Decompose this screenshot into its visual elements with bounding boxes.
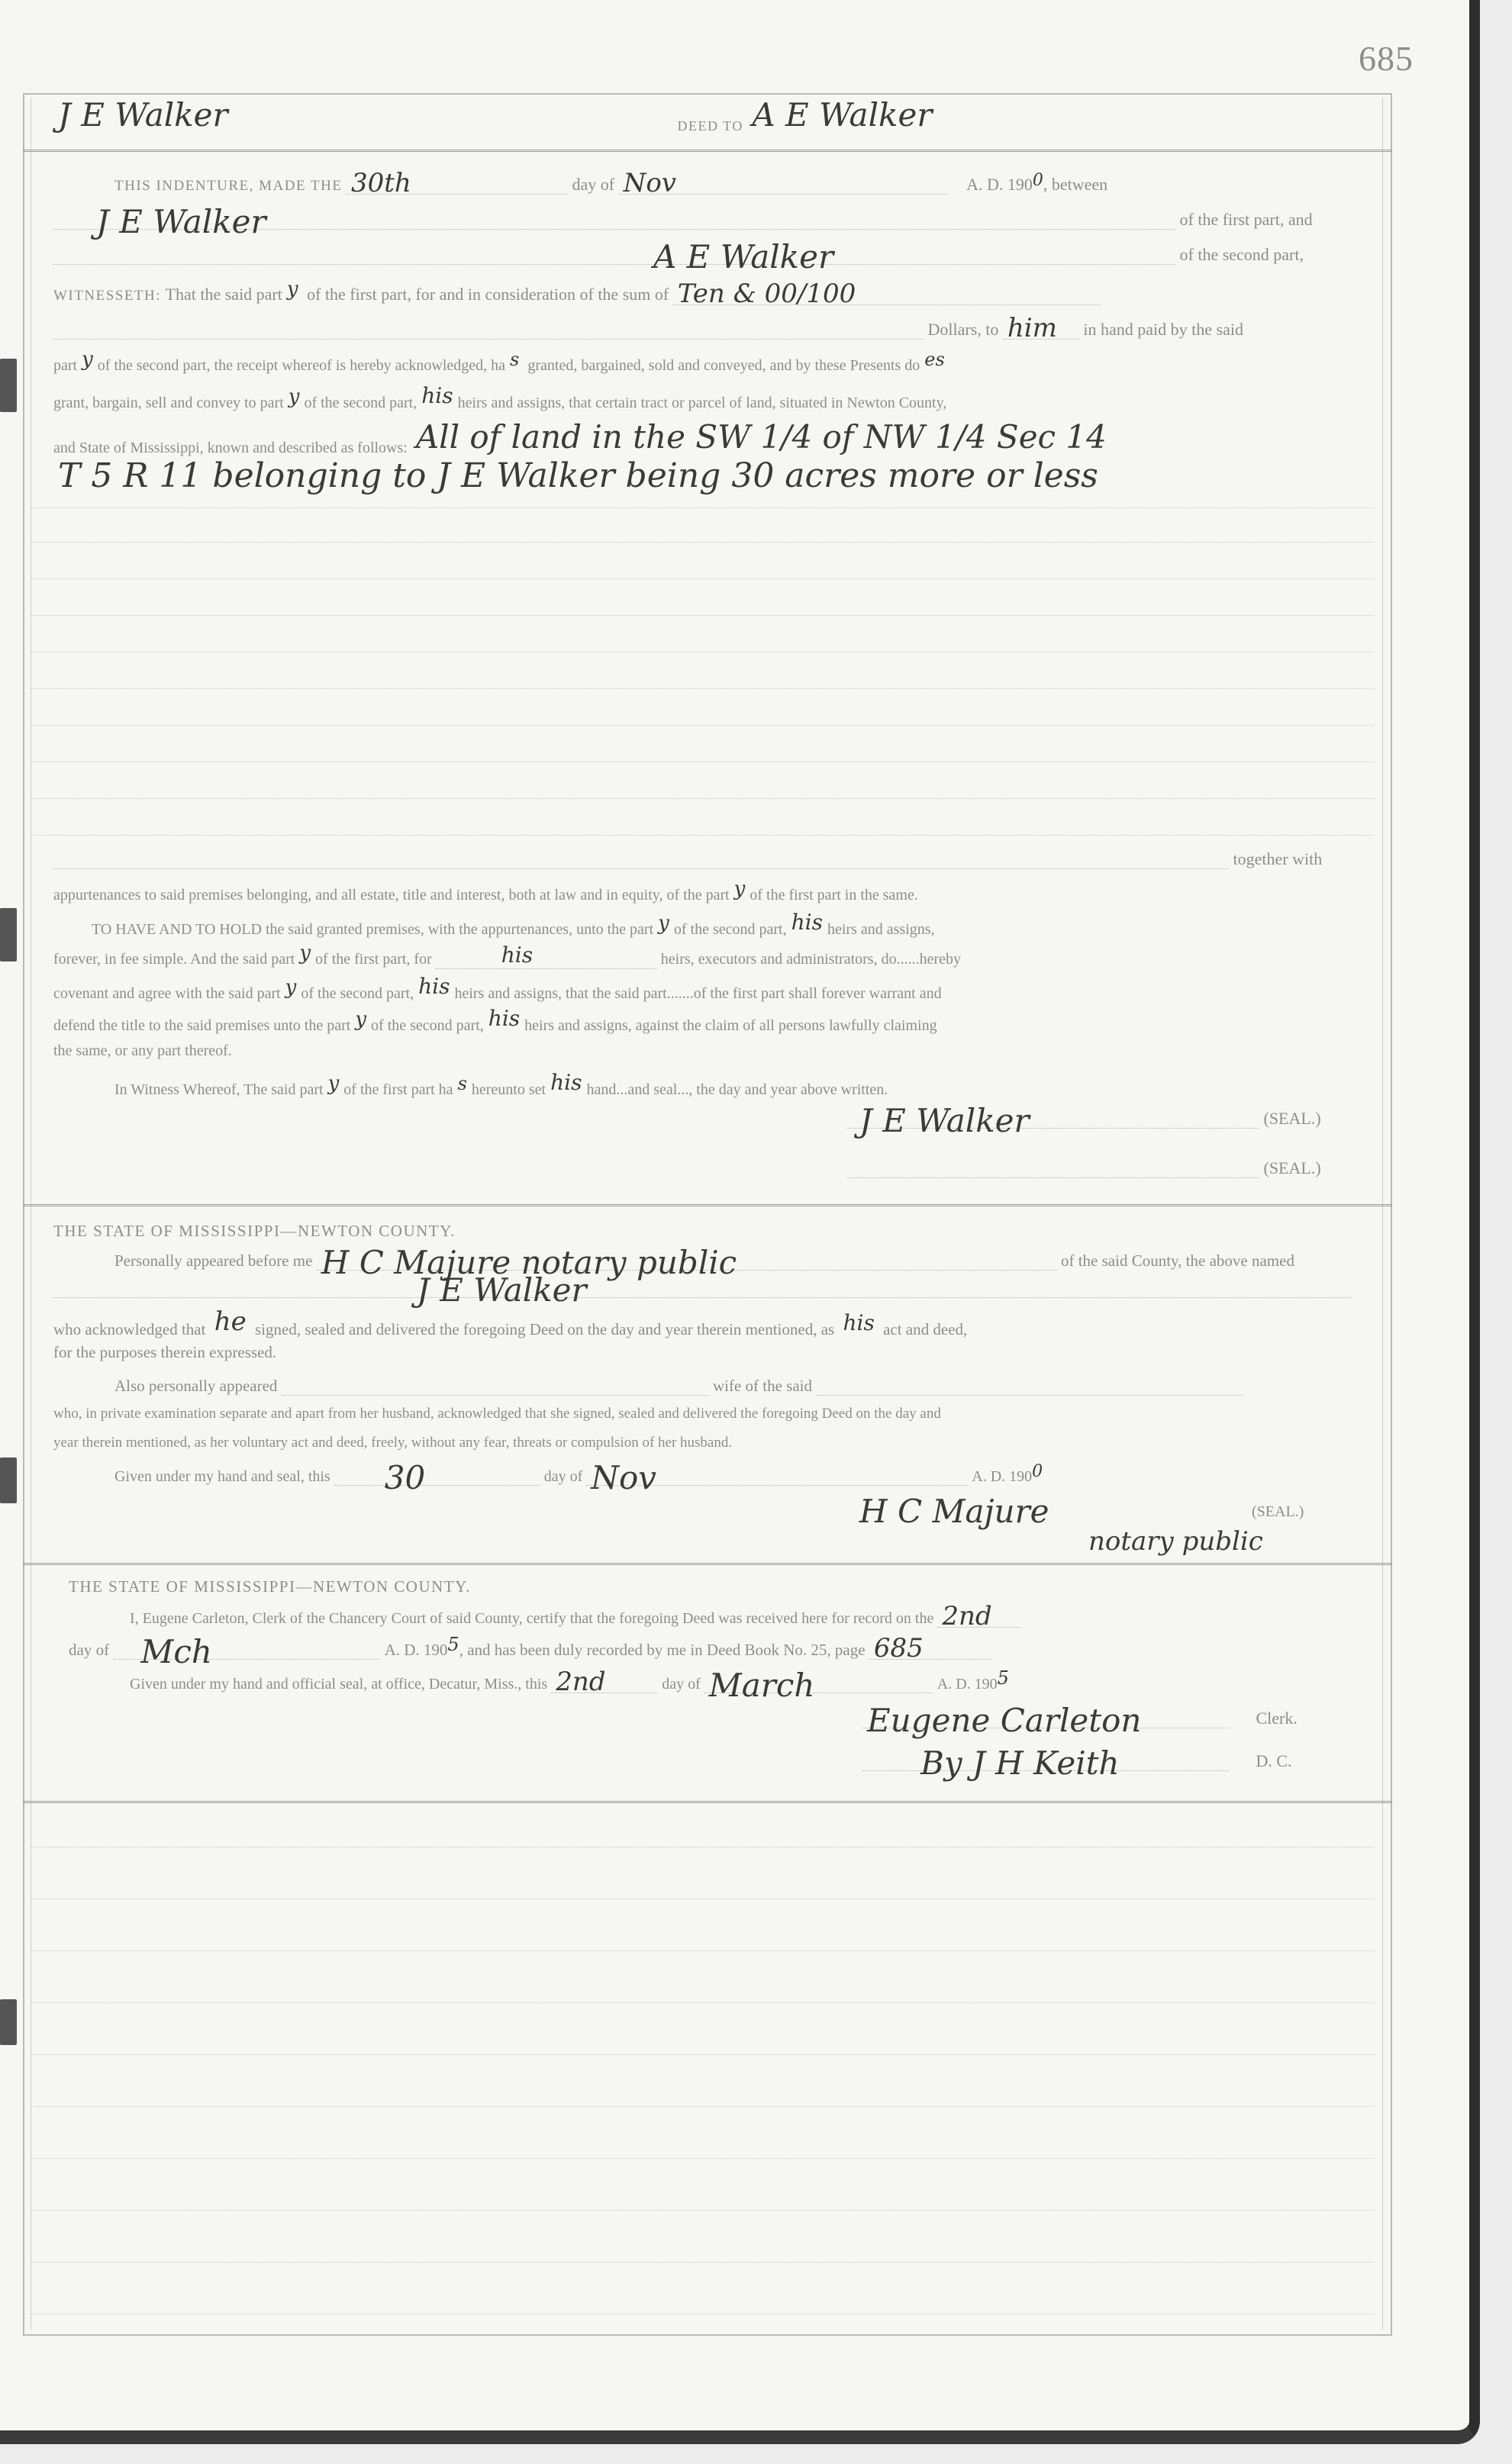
his: his [787, 910, 827, 935]
section-heading: THE STATE OF MISSISSIPPI—NEWTON COUNTY. [69, 1577, 471, 1596]
seal-label: (SEAL.) [1264, 1158, 1321, 1178]
witnesseth-line-2: Dollars, to him in hand paid by the said [53, 317, 1351, 340]
grantor-signature: J E Walker [855, 1102, 1034, 1139]
ruled-line [31, 578, 1374, 579]
first-party-line: J E Walker of the first part, and [53, 208, 1351, 230]
ruled-line [31, 2054, 1374, 2055]
certificate-line-3: Given under my hand and official seal, a… [130, 1671, 1427, 1693]
seal-label: (SEAL.) [1252, 1503, 1304, 1521]
ruled-line [31, 1950, 1374, 1951]
given-month-field: March [704, 1671, 933, 1693]
day-of-label: day of [572, 175, 614, 195]
page-number: 685 [1359, 38, 1414, 79]
text: of the said County, the above named [1061, 1251, 1294, 1271]
paid-to: him [1003, 313, 1062, 343]
text: grant, bargain, sell and convey to part [53, 395, 284, 412]
given-day-field: 2nd [551, 1671, 658, 1693]
habendum-line-5: defend the title to the said premises un… [53, 1010, 1351, 1036]
ruled-line [31, 542, 1374, 543]
blank-field [53, 847, 1229, 869]
ruled-line [31, 1847, 1374, 1847]
text: wife of the said [713, 1377, 812, 1396]
text: of the first part, for and in considerat… [307, 285, 669, 304]
part-suffix: y [284, 385, 305, 408]
wife-line-1: who, in private examination separate and… [53, 1406, 1351, 1422]
text: heirs and assigns, against the claim of … [524, 1017, 937, 1035]
dollars-label: Dollars, to [928, 320, 999, 340]
habendum-line-4: covenant and agree with the said partyof… [53, 978, 1351, 1003]
text: year therein mentioned, as her voluntary… [53, 1435, 732, 1451]
ruled-line [31, 2262, 1374, 2263]
ruled-line [31, 2002, 1374, 2003]
between-label: , between [1043, 175, 1107, 195]
part-suffix: y [350, 1008, 371, 1031]
witnesseth-line-1: WITNESSETH: That the said party of the f… [53, 282, 1351, 305]
received-month: Mch [136, 1633, 217, 1670]
cert-given-month: March [704, 1667, 820, 1704]
paid-to-field: him [1003, 317, 1079, 340]
text: I, Eugene Carleton, Clerk of the Chancer… [130, 1610, 933, 1628]
clerk-label: Clerk. [1256, 1709, 1298, 1728]
clerk-signature-field: Eugene Carleton [862, 1706, 1229, 1728]
his: his [546, 1070, 586, 1095]
text: heirs and assigns, that the said part...… [454, 985, 941, 1003]
husband-name-field [816, 1374, 1243, 1396]
part-suffix: y [281, 976, 301, 999]
ruled-line [31, 652, 1374, 652]
ledger-page: 685 J E Walker DEED TO A E Walker THIS I… [0, 0, 1480, 2444]
habendum-line-2: TO HAVE AND TO HOLD the said granted pre… [53, 914, 1389, 939]
text: TO HAVE AND TO HOLD the said granted pre… [92, 921, 653, 939]
part-suffix: y [77, 348, 98, 371]
does-suffix: es [920, 349, 949, 370]
received-month-field: Mch [113, 1638, 380, 1660]
second-party-line: A E Walker of the second part, [53, 243, 1351, 265]
header-grantee: A E Walker [747, 96, 937, 134]
grantor-named-line: J E Walker [53, 1276, 1351, 1298]
text: day of [544, 1468, 583, 1486]
second-signature-line: (SEAL.) [847, 1156, 1351, 1178]
land-description-2: T 5 R 11 belonging to J E Walker being 3… [53, 456, 1103, 495]
officer-field: H C Majure notary public [317, 1248, 1057, 1271]
year-digit: 0 [1032, 1462, 1043, 1481]
grantor-named-field: J E Walker [53, 1276, 1351, 1298]
witnesseth-line-3: partyof the second part, the receipt whe… [53, 353, 1351, 375]
grantor-signature-line: J E Walker (SEAL.) [847, 1106, 1351, 1129]
ruled-line [31, 2158, 1374, 2159]
blank-field [53, 317, 924, 340]
witnesseth-label: WITNESSETH: [53, 288, 161, 304]
deputy-signature-line: By J H Keith D. C. [862, 1749, 1351, 1771]
given-month: Nov [586, 1459, 661, 1496]
certificate-line-2: day of Mch A. D. 1905, and has been duly… [69, 1638, 1366, 1660]
divider [23, 1204, 1392, 1206]
his: his [417, 383, 457, 408]
text: forever, in fee simple. And the said par… [53, 951, 295, 968]
ruled-line [31, 688, 1374, 689]
ad-label: A. D. 190 [385, 1641, 448, 1660]
his: his [497, 942, 537, 968]
ad-label: A. D. 190 [937, 1676, 998, 1693]
index-tab [0, 1457, 17, 1503]
witnesseth-line-5: and State of Mississippi, known and desc… [53, 423, 1351, 460]
in-witness-line: In Witness Whereof, The said partyof the… [53, 1074, 1412, 1100]
text: and State of Mississippi, known and desc… [53, 440, 408, 457]
text: signed, sealed and delivered the foregoi… [255, 1320, 834, 1339]
notary-signature: H C Majure [855, 1493, 1054, 1530]
text: appurtenances to said premises belonging… [53, 887, 730, 904]
ruled-line [31, 1899, 1374, 1899]
year-digit: 5 [447, 1634, 459, 1655]
indenture-year-digit: 0 [1033, 171, 1043, 190]
deputy-signature-field: By J H Keith [862, 1749, 1229, 1771]
deputy-label: D. C. [1256, 1751, 1292, 1771]
seal-label: (SEAL.) [1264, 1109, 1321, 1129]
witnesseth-line-4: grant, bargain, sell and convey to party… [53, 388, 1351, 413]
text: act and deed, [883, 1320, 967, 1339]
text: day of [662, 1676, 701, 1693]
text: , and has been duly recorded by me in De… [459, 1641, 866, 1660]
part-suffix: y [653, 912, 674, 935]
his: his [484, 1006, 524, 1031]
given-month-field: Nov [586, 1464, 968, 1486]
ruled-line [31, 507, 1374, 508]
signature-field [847, 1156, 1259, 1178]
purposes-line: for the purposes therein expressed. [53, 1343, 1351, 1362]
has-suffix: s [453, 1073, 472, 1094]
first-party-field: J E Walker [53, 208, 1175, 230]
text: who acknowledged that [53, 1320, 205, 1339]
part-suffix: y [282, 278, 303, 301]
text: in hand paid by the said [1083, 320, 1243, 340]
ruled-line [31, 835, 1374, 836]
ruled-line [31, 2210, 1374, 2211]
second-party-field: A E Walker [53, 243, 1175, 265]
certificate-heading: THE STATE OF MISSISSIPPI—NEWTON COUNTY. [69, 1577, 1366, 1596]
text: In Witness Whereof, The said part [114, 1081, 324, 1099]
wife-name-field [282, 1374, 709, 1396]
first-party-name: J E Walker [92, 203, 271, 240]
habendum-line-1: appurtenances to said premises belonging… [53, 882, 1351, 905]
first-party-suffix: of the first part, and [1180, 210, 1313, 230]
text: Given under my hand and official seal, a… [130, 1676, 547, 1693]
indenture-label: THIS INDENTURE, Made the [114, 178, 342, 195]
recorded-page-field: 685 [869, 1638, 991, 1660]
text: Also personally appeared [114, 1377, 277, 1396]
text: the same, or any part thereof. [53, 1042, 232, 1060]
index-tab [0, 1999, 17, 2045]
indenture-month-field: Nov [619, 172, 947, 195]
wife-line-2: year therein mentioned, as her voluntary… [53, 1435, 1351, 1451]
ruled-line [31, 2314, 1374, 2314]
sum-field: Ten & 00/100 [673, 283, 1101, 305]
land-description-1: All of land in the SW 1/4 of NW 1/4 Sec … [411, 418, 1111, 456]
deed-to-label: DEED TO [678, 118, 743, 134]
notary-signature-line: H C Majure (SEAL.) notary public [855, 1497, 1359, 1535]
given-line: Given under my hand and seal, this 30 da… [53, 1464, 1412, 1486]
text: Personally appeared before me [114, 1251, 312, 1271]
text: day of [69, 1641, 109, 1660]
second-party-name: A E Walker [649, 238, 838, 275]
text: of the first part in the same. [750, 887, 918, 904]
acknowledged-grantor: J E Walker [412, 1271, 592, 1309]
text: hand...and seal..., the day and year abo… [586, 1081, 888, 1099]
part-suffix: y [730, 878, 750, 900]
acknowledged-line: who acknowledged that he signed, sealed … [53, 1311, 1351, 1342]
text: of the second part, [371, 1017, 484, 1035]
sum-amount: Ten & 00/100 [673, 279, 861, 309]
description-line-2: T 5 R 11 belonging to J E Walker being 3… [53, 461, 1351, 500]
part-suffix: y [295, 942, 315, 965]
year-digit: 5 [998, 1667, 1009, 1689]
given-day-field: 30 [334, 1464, 540, 1486]
deputy-signature: By J H Keith [916, 1744, 1124, 1782]
ruled-line [31, 725, 1374, 726]
text: together with [1233, 849, 1323, 869]
second-party-suffix: of the second part, [1180, 245, 1304, 265]
text: of the second part, the receipt whereof … [98, 357, 505, 375]
ad-label: A. D. 190 [972, 1468, 1032, 1486]
header-grantor: J E Walker [53, 96, 551, 134]
certificate-line-1: I, Eugene Carleton, Clerk of the Chancer… [130, 1606, 1351, 1628]
deed-header: J E Walker DEED TO A E Walker [53, 101, 1351, 138]
divider [23, 150, 1392, 152]
received-day: 2nd [937, 1601, 996, 1631]
his: his [414, 974, 454, 999]
text: heirs and assigns, that certain tract or… [458, 395, 947, 412]
indenture-line: THIS INDENTURE, Made the 30th day of Nov… [53, 172, 1412, 195]
indenture-day: 30th [347, 168, 416, 198]
text: who, in private examination separate and… [53, 1406, 941, 1422]
ad-label: A. D. 190 [966, 175, 1033, 195]
indenture-month: Nov [619, 168, 681, 198]
notary-title: notary public [1084, 1526, 1268, 1557]
clerk-signature: Eugene Carleton [862, 1702, 1146, 1739]
text: of the first part ha [343, 1081, 453, 1099]
text: That the said part [166, 285, 282, 304]
text: of the first part, for [315, 951, 432, 968]
text: heirs and assigns, [827, 921, 935, 939]
section-heading: THE STATE OF MISSISSIPPI—NEWTON COUNTY. [53, 1222, 456, 1241]
text: covenant and agree with the said part [53, 985, 281, 1003]
divider [23, 1801, 1392, 1803]
text: of the second part, [304, 395, 417, 412]
index-tab [0, 908, 17, 961]
his-field: his [436, 947, 657, 969]
ruled-line [31, 615, 1374, 616]
also-appeared-line: Also personally appeared wife of the sai… [53, 1374, 1412, 1396]
ruled-line [31, 2106, 1374, 2107]
his: his [838, 1310, 879, 1335]
clerk-signature-line: Eugene Carleton Clerk. [862, 1706, 1351, 1728]
index-tab [0, 359, 17, 412]
appeared-line: Personally appeared before me H C Majure… [53, 1248, 1412, 1271]
habendum-line-6: the same, or any part thereof. [53, 1042, 1351, 1060]
text: of the second part, [674, 921, 787, 939]
given-day: 30 [380, 1459, 430, 1496]
text: part [53, 357, 77, 375]
signature-field: J E Walker [847, 1106, 1259, 1129]
received-day-field: 2nd [937, 1606, 1021, 1628]
text: Given under my hand and seal, this [114, 1468, 330, 1486]
has-suffix: s [505, 349, 524, 370]
text: granted, bargained, sold and conveyed, a… [527, 357, 920, 375]
acknowledgment-heading: THE STATE OF MISSISSIPPI—NEWTON COUNTY. [53, 1221, 1351, 1241]
text: of the second part, [301, 985, 414, 1003]
recorded-page: 685 [869, 1633, 928, 1664]
ruled-line [31, 798, 1374, 799]
divider [23, 1563, 1392, 1565]
text: hereunto set [472, 1081, 546, 1099]
together-line: together with [53, 847, 1351, 869]
habendum-line-3: forever, in fee simple. And the said par… [53, 946, 1351, 969]
text: defend the title to the said premises un… [53, 1017, 350, 1035]
text: for the purposes therein expressed. [53, 1343, 276, 1362]
pronoun: he [210, 1306, 251, 1337]
ruled-line [31, 762, 1374, 762]
text: heirs, executors and administrators, do.… [661, 951, 961, 968]
part-suffix: y [324, 1072, 344, 1095]
indenture-day-field: 30th [347, 172, 568, 195]
cert-given-day: 2nd [551, 1667, 610, 1697]
